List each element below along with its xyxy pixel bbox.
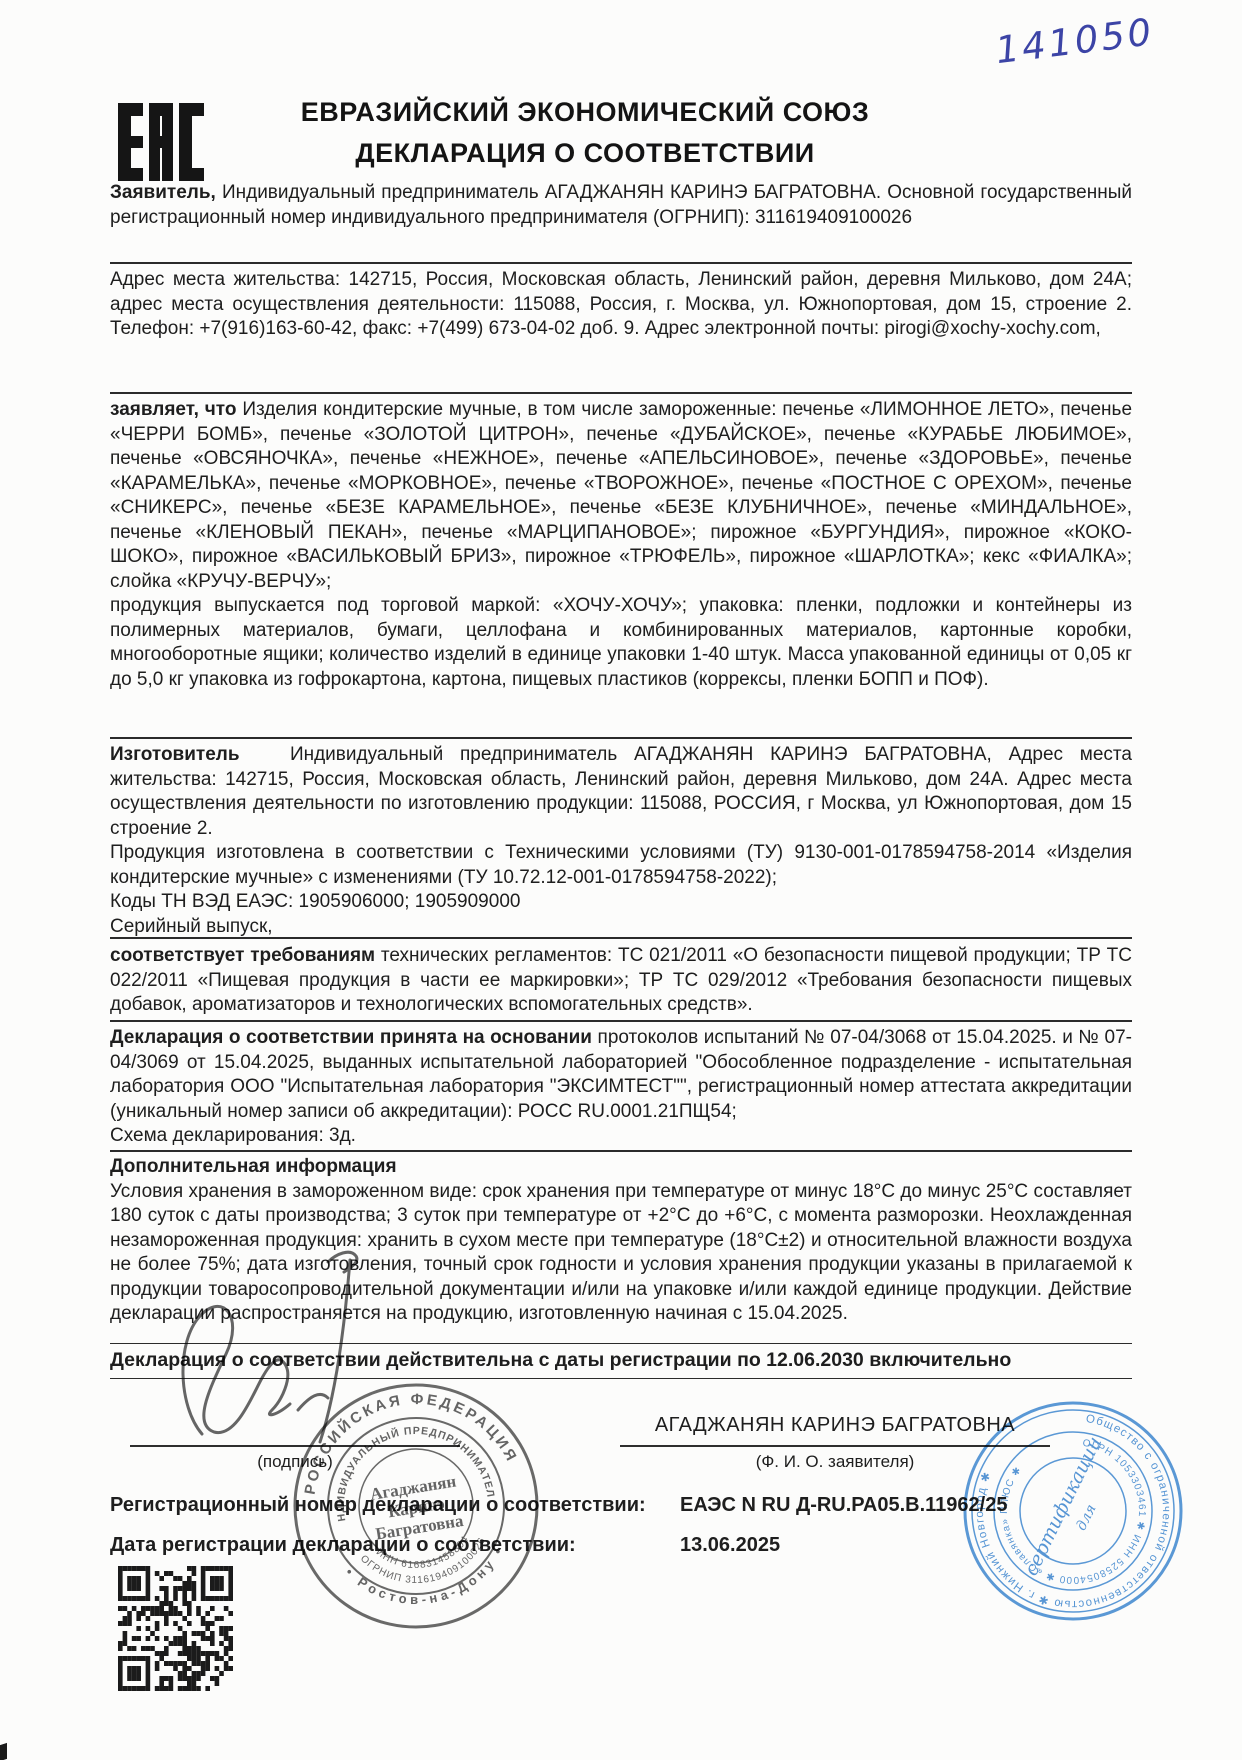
manufacturer-serial: Серийный выпуск,: [110, 915, 1132, 940]
section-address: Адрес места жительства: 142715, Россия, …: [110, 268, 1132, 342]
divider: [110, 262, 1132, 264]
manufacturer-tu: Продукция изготовлена в соответствии с Т…: [110, 841, 1132, 890]
declares-products: Изделия кондитерские мучные, в том числе…: [110, 399, 1132, 592]
section-declares: заявляет, что Изделия кондитерские мучны…: [110, 398, 1132, 692]
applicant-text: Индивидуальный предприниматель АГАДЖАНЯН…: [110, 182, 1132, 228]
section-applicant: Заявитель, Индивидуальный предпринимател…: [110, 181, 1132, 230]
basis-label: Декларация о соответствии принята на осн…: [110, 1027, 592, 1048]
signature-caption: (подпись): [130, 1452, 460, 1472]
signature-line: [130, 1445, 460, 1447]
name-line: [620, 1445, 1050, 1447]
divider: [110, 1378, 1132, 1379]
registration-number-label: Регистрационный номер декларации о соотв…: [110, 1494, 670, 1517]
divider: [110, 1150, 1132, 1152]
additional-info-heading: Дополнительная информация: [110, 1155, 1132, 1180]
section-basis: Декларация о соответствии принята на осн…: [110, 1026, 1132, 1149]
section-compliance: соответствует требованиям технических ре…: [110, 944, 1132, 1018]
manufacturer-text: Индивидуальный предприниматель АГАДЖАНЯН…: [110, 744, 1132, 839]
applicant-fullname: АГАДЖАНЯН КАРИНЭ БАГРАТОВНА: [560, 1414, 1110, 1437]
divider: [110, 937, 1132, 939]
fullname-caption: (Ф. И. О. заявителя): [620, 1452, 1050, 1472]
declares-packaging: продукция выпускается под торговой марко…: [110, 594, 1132, 692]
divider: [110, 737, 1132, 739]
document-title: ЕВРАЗИЙСКИЙ ЭКОНОМИЧЕСКИЙ СОЮЗ ДЕКЛАРАЦИ…: [180, 92, 990, 174]
additional-info-text: Условия хранения в замороженном виде: ср…: [110, 1180, 1132, 1327]
address-text: Адрес места жительства: 142715, Россия, …: [110, 268, 1132, 342]
section-manufacturer: Изготовитель Индивидуальный предпринимат…: [110, 743, 1132, 939]
registration-date-value: 13.06.2025: [680, 1534, 1240, 1557]
svg-text:РОССИЙСКАЯ ФЕДЕРАЦИЯ: РОССИЙСКАЯ ФЕДЕРАЦИЯ: [288, 1375, 521, 1498]
title-line-1: ЕВРАЗИЙСКИЙ ЭКОНОМИЧЕСКИЙ СОЮЗ: [180, 92, 990, 133]
declares-label: заявляет, что: [110, 399, 236, 420]
section-additional-info: Дополнительная информация Условия хранен…: [110, 1155, 1132, 1327]
compliance-label: соответствует требованиям: [110, 945, 375, 966]
validity-text: Декларация о соответствии действительна …: [110, 1348, 1132, 1373]
registration-date-label: Дата регистрации декларации о соответств…: [110, 1534, 670, 1557]
qr-code: [118, 1566, 233, 1696]
applicant-label: Заявитель,: [110, 182, 216, 203]
title-line-2: ДЕКЛАРАЦИЯ О СООТВЕТСТВИИ: [180, 133, 990, 174]
manufacturer-label: Изготовитель: [110, 744, 240, 765]
manufacturer-codes: Коды ТН ВЭД ЕАЭС: 1905906000; 1905909000: [110, 890, 1132, 915]
registration-number-value: ЕАЭС N RU Д-RU.РА05.В.11962/25: [680, 1494, 1240, 1517]
section-validity: Декларация о соответствии действительна …: [110, 1348, 1132, 1373]
handwritten-number: 141050: [993, 3, 1217, 72]
divider: [110, 392, 1132, 394]
divider: [110, 1020, 1132, 1022]
basis-scheme: Схема декларирования: 3д.: [110, 1124, 1132, 1149]
divider: [110, 1343, 1132, 1344]
black-stamp-outer-top-text: РОССИЙСКАЯ ФЕДЕРАЦИЯ: [288, 1375, 521, 1498]
scan-artifact: [0, 1743, 7, 1760]
